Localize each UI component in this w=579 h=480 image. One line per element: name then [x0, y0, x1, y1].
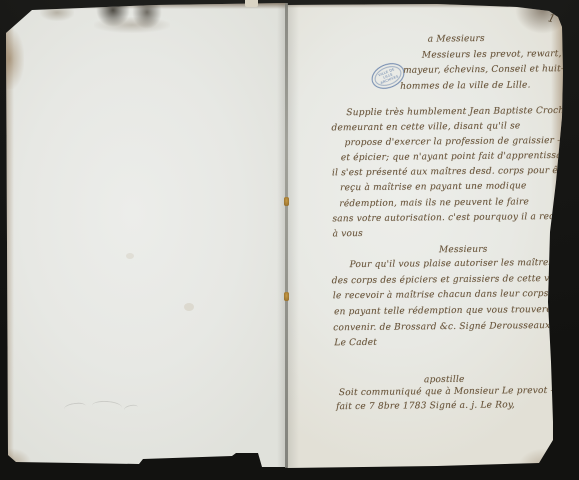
faint-pencil-mark	[123, 404, 138, 414]
ink-stain	[94, 17, 170, 33]
manuscript-line: Messieurs les prevot, rewart,	[422, 49, 564, 66]
binding-tab	[245, 0, 258, 7]
right-page-burnt-top-edge	[287, 2, 567, 8]
foxing-spot	[126, 253, 134, 259]
faint-pencil-mark	[63, 402, 86, 414]
right-page-manuscript: 1 VILLE DE LILLE ARCHIVES a MessieursMes…	[287, 2, 567, 470]
ink-stain	[96, 3, 130, 27]
corner-stain	[6, 448, 32, 468]
left-page-blank	[6, 3, 287, 470]
manuscript-line: a Messieurs	[428, 33, 564, 50]
left-page-burnt-left-edge	[6, 3, 14, 470]
binding-gutter	[285, 3, 288, 468]
manuscript-apostille-block: Soit communiqué que à Monsieur Le prevot…	[336, 386, 560, 416]
manuscript-salutation: Messieurs	[439, 245, 488, 256]
manuscript-line: mayeur, échevins, Conseil et huit-	[403, 64, 564, 81]
faint-pencil-mark	[92, 400, 123, 413]
manuscript-line: Le Cadet	[334, 336, 579, 354]
folio-number: 1	[547, 11, 557, 25]
manuscript-line: à vous	[333, 226, 579, 244]
edge-stain	[6, 29, 24, 89]
right-page-gutter-shadow	[287, 2, 299, 470]
binding-stitch	[284, 197, 289, 206]
manuscript-line: hommes de la ville de Lille.	[400, 80, 564, 97]
binding-stitch	[284, 292, 289, 301]
ink-stain	[40, 7, 74, 21]
manuscript-line: fait ce 7 8bre 1783 Signé a. j. Le Roy,	[336, 400, 560, 416]
foxing-spot	[184, 303, 194, 311]
manuscript-address-block: a MessieursMessieurs les prevot, rewart,…	[400, 33, 565, 97]
manuscript-request-block: Pour qu'il vous plaise autoriser les maî…	[330, 258, 579, 355]
manuscript-supplication-block: Supplie très humblement Jean Baptiste Cr…	[331, 106, 579, 244]
manuscript-apostille-heading: apostille	[424, 375, 465, 385]
corner-stain	[517, 448, 557, 470]
ink-stain	[132, 5, 162, 29]
